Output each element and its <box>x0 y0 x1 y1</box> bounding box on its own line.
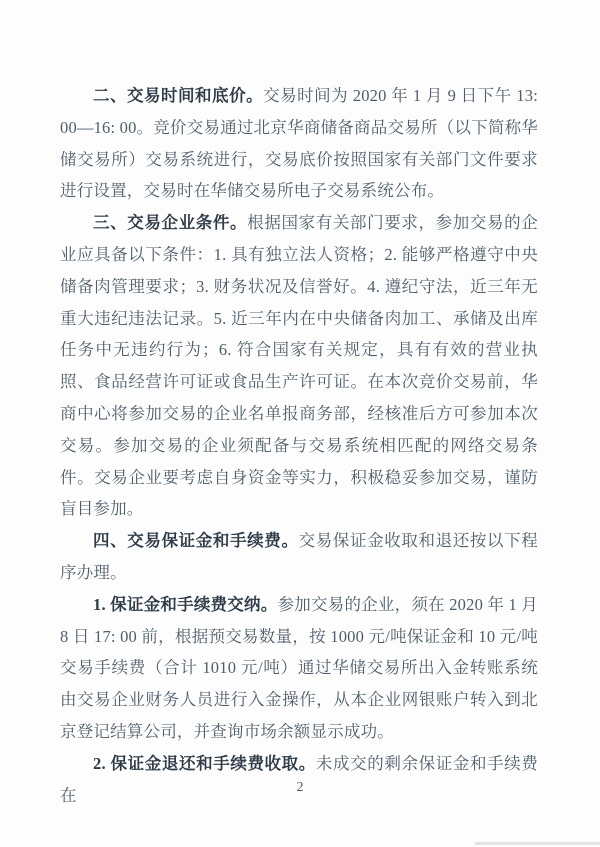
paragraph-lead: 二、交易时间和底价。 <box>93 86 263 105</box>
paragraph-trading-time-and-floor-price: 二、交易时间和底价。交易时间为 2020 年 1 月 9 日下午 13: 00—… <box>60 80 538 207</box>
document-page: 二、交易时间和底价。交易时间为 2020 年 1 月 9 日下午 13: 00—… <box>0 0 600 847</box>
paragraph-enterprise-conditions: 三、交易企业条件。根据国家有关部门要求，参加交易的企业应具备以下条件：1. 具有… <box>60 207 538 525</box>
paragraph-lead: 2. 保证金退还和手续费收取。 <box>93 754 316 773</box>
document-body: 二、交易时间和底价。交易时间为 2020 年 1 月 9 日下午 13: 00—… <box>60 80 538 811</box>
paragraph-deposit-and-fees: 四、交易保证金和手续费。交易保证金收取和退还按以下程序办理。 <box>60 525 538 589</box>
paragraph-deposit-payment: 1. 保证金和手续费交纳。参加交易的企业，须在 2020 年 1 月 8 日 1… <box>60 589 538 748</box>
paragraph-lead: 三、交易企业条件。 <box>93 213 247 232</box>
page-number: 2 <box>0 780 600 796</box>
paragraph-lead: 四、交易保证金和手续费。 <box>93 531 299 550</box>
paragraph-lead: 1. 保证金和手续费交纳。 <box>93 595 278 614</box>
scan-artifact <box>475 842 600 845</box>
paragraph-text: 根据国家有关部门要求，参加交易的企业应具备以下条件：1. 具有独立法人资格；2.… <box>60 213 538 518</box>
paragraph-text: 参加交易的企业，须在 2020 年 1 月 8 日 17: 00 前，根据预交易… <box>60 595 538 741</box>
